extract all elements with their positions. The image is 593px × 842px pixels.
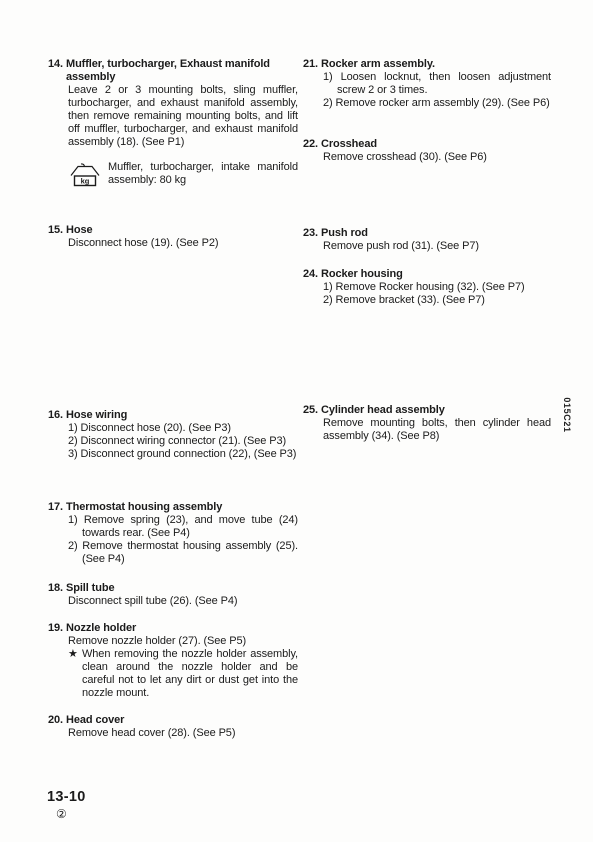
item-heading: 25.Cylinder head assembly [303, 404, 551, 417]
item-number: 15. [48, 224, 66, 237]
step: 1) Disconnect hose (20). (See P3) [68, 422, 298, 435]
weight-callout: kg Muffler, turbocharger, intake manifol… [68, 161, 298, 192]
manual-item-17: 17.Thermostat housing assembly 1) Remove… [48, 501, 298, 566]
item-heading: 19.Nozzle holder [48, 622, 298, 635]
item-heading: 15.Hose [48, 224, 298, 237]
manual-item-20: 20.Head cover Remove head cover (28). (S… [48, 714, 298, 740]
item-steps: 1) Remove spring (23), and move tube (24… [68, 514, 298, 566]
manual-item-18: 18.Spill tube Disconnect spill tube (26)… [48, 582, 298, 608]
step: 1) Loosen locknut, then loosen adjustmen… [323, 71, 551, 97]
step: 2) Remove thermostat housing assembly (2… [68, 540, 298, 566]
manual-item-16: 16.Hose wiring 1) Disconnect hose (20). … [48, 409, 298, 461]
item-title: Hose [66, 224, 93, 236]
item-body: Remove push rod (31). (See P7) [323, 240, 551, 253]
manual-item-15: 15.Hose Disconnect hose (19). (See P2) [48, 224, 298, 250]
item-number: 24. [303, 268, 321, 281]
item-title: Thermostat housing assembly [66, 501, 222, 513]
revision-mark: ② [56, 807, 67, 821]
manual-item-14: 14.Muffler, turbocharger, Exhaust manifo… [48, 58, 298, 192]
item-heading: 20.Head cover [48, 714, 298, 727]
item-body: Remove mounting bolts, then cylinder hea… [323, 417, 551, 443]
item-title: Hose wiring [66, 409, 127, 421]
step: 2) Remove rocker arm assembly (29). (See… [323, 97, 551, 110]
manual-item-21: 21.Rocker arm assembly. 1) Loosen locknu… [303, 58, 551, 110]
weight-note: Muffler, turbocharger, intake manifold a… [108, 161, 298, 187]
item-title: Spill tube [66, 582, 115, 594]
step: 3) Disconnect ground connection (22), (S… [68, 448, 298, 461]
manual-item-19: 19.Nozzle holder Remove nozzle holder (2… [48, 622, 298, 700]
item-number: 17. [48, 501, 66, 514]
item-steps: 1) Remove Rocker housing (32). (See P7) … [323, 281, 551, 307]
item-number: 25. [303, 404, 321, 417]
item-heading: 14.Muffler, turbocharger, Exhaust manifo… [48, 58, 298, 84]
manual-item-23: 23.Push rod Remove push rod (31). (See P… [303, 227, 551, 253]
page-number: 13-10 [47, 789, 86, 805]
star-bullet-icon: ★ [68, 648, 82, 661]
item-steps: 1) Disconnect hose (20). (See P3) 2) Dis… [68, 422, 298, 461]
item-heading: 21.Rocker arm assembly. [303, 58, 551, 71]
item-body: Remove nozzle holder (27). (See P5) [68, 635, 298, 648]
item-number: 23. [303, 227, 321, 240]
item-number: 19. [48, 622, 66, 635]
caution-note: ★When removing the nozzle holder assembl… [68, 648, 298, 700]
item-title: Rocker housing [321, 268, 403, 280]
step: 1) Remove Rocker housing (32). (See P7) [323, 281, 551, 294]
item-heading: 23.Push rod [303, 227, 551, 240]
item-number: 14. [48, 58, 66, 71]
item-number: 16. [48, 409, 66, 422]
kg-icon-label: kg [81, 177, 90, 186]
item-title: Crosshead [321, 138, 377, 150]
caution-note-text: When removing the nozzle holder assembly… [82, 648, 298, 699]
item-title: Push rod [321, 227, 368, 239]
item-heading: 16.Hose wiring [48, 409, 298, 422]
manual-item-25: 25.Cylinder head assembly Remove mountin… [303, 404, 551, 443]
item-title: Nozzle holder [66, 622, 136, 634]
item-number: 18. [48, 582, 66, 595]
item-body: Leave 2 or 3 mounting bolts, sling muffl… [68, 84, 298, 149]
item-steps: 1) Loosen locknut, then loosen adjustmen… [323, 71, 551, 110]
step: 2) Disconnect wiring connector (21). (Se… [68, 435, 298, 448]
lifting-sling-kg-icon: kg [68, 162, 102, 192]
item-body: Disconnect spill tube (26). (See P4) [68, 595, 298, 608]
item-title: Head cover [66, 714, 124, 726]
item-body: Remove head cover (28). (See P5) [68, 727, 298, 740]
item-number: 20. [48, 714, 66, 727]
manual-item-22: 22.Crosshead Remove crosshead (30). (See… [303, 138, 551, 164]
step: 1) Remove spring (23), and move tube (24… [68, 514, 298, 540]
item-heading: 18.Spill tube [48, 582, 298, 595]
item-heading: 17.Thermostat housing assembly [48, 501, 298, 514]
item-title: Cylinder head assembly [321, 404, 445, 416]
item-title: Rocker arm assembly. [321, 58, 435, 70]
item-heading: 22.Crosshead [303, 138, 551, 151]
step: 2) Remove bracket (33). (See P7) [323, 294, 551, 307]
form-code-vertical: 015C21 [560, 388, 572, 442]
item-heading: 24.Rocker housing [303, 268, 551, 281]
item-body: Disconnect hose (19). (See P2) [68, 237, 298, 250]
item-title: Muffler, turbocharger, Exhaust manifold … [66, 58, 270, 83]
item-number: 21. [303, 58, 321, 71]
manual-page: 14.Muffler, turbocharger, Exhaust manifo… [0, 0, 593, 842]
manual-item-24: 24.Rocker housing 1) Remove Rocker housi… [303, 268, 551, 307]
item-body: Remove crosshead (30). (See P6) [323, 151, 551, 164]
item-number: 22. [303, 138, 321, 151]
